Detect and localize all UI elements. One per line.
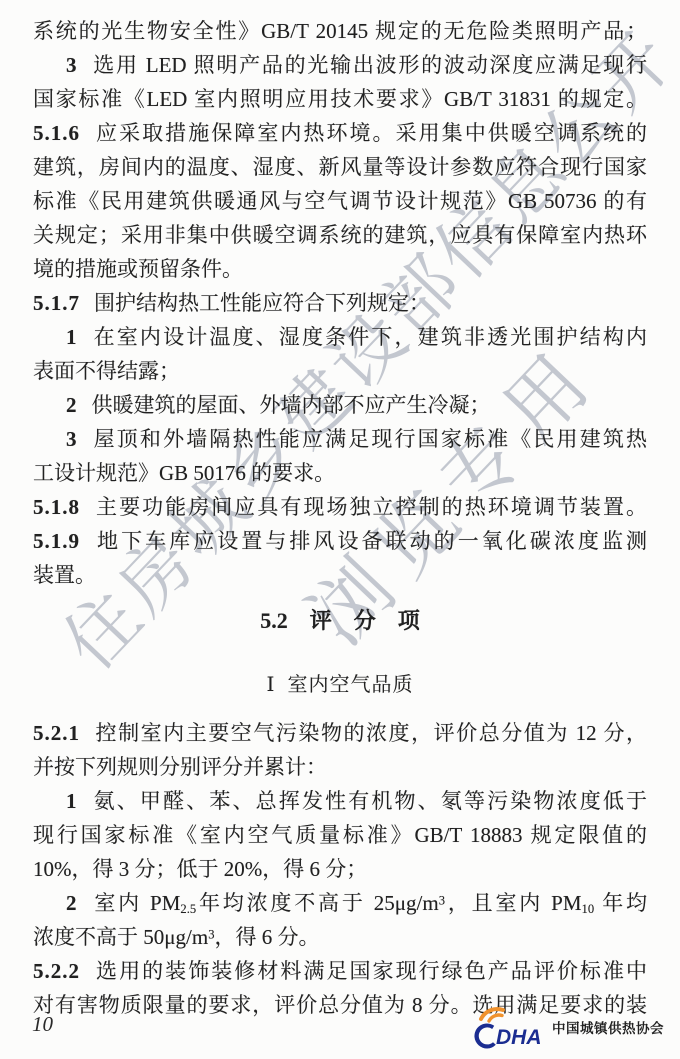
item-number: 5.2.2: [33, 959, 80, 983]
line-text: 关规定；采用非集中供暖空调系统的建筑，应具有保障室内热环: [33, 223, 647, 247]
text-line: 1在室内设计温度、湿度条件下，建筑非透光围护结构内: [33, 320, 647, 354]
line-text: 装置。: [33, 563, 96, 587]
item-number: 1: [66, 789, 78, 813]
text-line: 2室内 PM2.5年均浓度不高于 25μg/m3，且室内 PM10 年均: [33, 886, 647, 920]
text-line: 5.2.1控制室内主要空气污染物的浓度，评价总分值为 12 分，: [33, 716, 647, 750]
body-text: 系统的光生物安全性》GB/T 20145 规定的无危险类照明产品；3选用 LED…: [33, 14, 647, 1022]
text-line: 5.1.8主要功能房间应具有现场独立控制的热环境调节装置。: [33, 490, 647, 524]
text-line: 表面不得结露；: [33, 354, 647, 388]
item-number: 5.1.7: [33, 291, 80, 315]
line-text: 表面不得结露；: [33, 359, 180, 383]
item-number: 5.2.1: [33, 721, 80, 745]
item-number: 5.1.8: [33, 495, 80, 519]
text-line: 系统的光生物安全性》GB/T 20145 规定的无危险类照明产品；: [33, 14, 647, 48]
line-text: 国家标准《LED 室内照明应用技术要求》GB/T 31831 的规定。: [33, 87, 647, 111]
line-text: 选用的装饰装修材料满足国家现行绿色产品评价标准中: [94, 959, 647, 983]
subsection-heading: Ⅰ 室内空气品质: [33, 668, 647, 702]
page-number: 10: [32, 1012, 53, 1037]
text-line: 建筑，房间内的温度、湿度、新风量等设计参数应符合现行国家: [33, 150, 647, 184]
line-text: 供暖建筑的屋面、外墙内部不应产生冷凝；: [92, 393, 491, 417]
body-part-2: 5.2.1控制室内主要空气污染物的浓度，评价总分值为 12 分，并按下列规则分别…: [33, 716, 647, 1022]
text-line: 5.1.7围护结构热工性能应符合下列规定：: [33, 286, 647, 320]
text-line: 现行国家标准《室内空气质量标准》GB/T 18883 规定限值的: [33, 818, 647, 852]
logo-association-name: 中国城镇供热协会: [552, 1017, 664, 1037]
item-number: 3: [66, 427, 78, 451]
logo-abbr: DHA: [496, 1026, 542, 1049]
line-text: 应采取措施保障室内热环境。采用集中供暖空调系统的: [94, 121, 647, 145]
association-logo: DHA 中国城镇供热协会: [469, 1005, 664, 1049]
line-text: 境的措施或预留条件。: [33, 257, 243, 281]
line-text: 并按下列规则分别评分并累计：: [33, 755, 327, 779]
text-line: 10%，得 3 分；低于 20%，得 6 分；: [33, 852, 647, 886]
text-line: 并按下列规则分别评分并累计：: [33, 750, 647, 784]
text-line: 5.1.6应采取措施保障室内热环境。采用集中供暖空调系统的: [33, 116, 647, 150]
text-line: 3选用 LED 照明产品的光输出波形的波动深度应满足现行: [33, 48, 647, 82]
text-line: 3屋顶和外墙隔热性能应满足现行国家标准《民用建筑热: [33, 422, 647, 456]
line-text: 控制室内主要空气污染物的浓度，评价总分值为 12 分，: [94, 721, 647, 745]
signal-arc-inner-icon: [489, 1015, 502, 1021]
text-line: 境的措施或预留条件。: [33, 252, 647, 286]
item-number: 2: [66, 393, 78, 417]
item-number: 5.1.6: [33, 121, 80, 145]
text-line: 装置。: [33, 558, 647, 592]
item-number: 3: [66, 53, 78, 77]
line-text: 屋顶和外墙隔热性能应满足现行国家标准《民用建筑热: [92, 427, 648, 451]
body-part-1: 系统的光生物安全性》GB/T 20145 规定的无危险类照明产品；3选用 LED…: [33, 14, 647, 592]
item-number: 5.1.9: [33, 529, 80, 553]
line-text: 氨、甲醛、苯、总挥发性有机物、氡等污染物浓度低于: [92, 789, 648, 813]
line-text: 10%，得 3 分；低于 20%，得 6 分；: [33, 857, 367, 881]
text-line: 浓度不高于 50μg/m3，得 6 分。: [33, 920, 647, 954]
line-text: 在室内设计温度、湿度条件下，建筑非透光围护结构内: [92, 325, 648, 349]
text-line: 关规定；采用非集中供暖空调系统的建筑，应具有保障室内热环: [33, 218, 647, 252]
line-text: 现行国家标准《室内空气质量标准》GB/T 18883 规定限值的: [33, 823, 647, 847]
line-text: 地下车库应设置与排风设备联动的一氧化碳浓度监测: [94, 529, 647, 553]
item-number: 2: [66, 891, 78, 915]
text-line: 5.2.2选用的装饰装修材料满足国家现行绿色产品评价标准中: [33, 954, 647, 988]
line-text: 标准《民用建筑供暖通风与空气调节设计规范》GB 50736 的有: [33, 189, 647, 213]
item-number: 1: [66, 325, 78, 349]
text-line: 标准《民用建筑供暖通风与空气调节设计规范》GB 50736 的有: [33, 184, 647, 218]
text-line: 国家标准《LED 室内照明应用技术要求》GB/T 31831 的规定。: [33, 82, 647, 116]
line-text: 建筑，房间内的温度、湿度、新风量等设计参数应符合现行国家: [33, 155, 647, 179]
text-line: 工设计规范》GB 50176 的要求。: [33, 456, 647, 490]
document-page: 住房城乡建设部信息公开 浏览专用 系统的光生物安全性》GB/T 20145 规定…: [0, 0, 680, 1059]
line-text: 主要功能房间应具有现场独立控制的热环境调节装置。: [94, 495, 647, 519]
c-swoosh-icon: [474, 1023, 495, 1048]
line-text: 围护结构热工性能应符合下列规定：: [94, 291, 430, 315]
line-text: 系统的光生物安全性》GB/T 20145 规定的无危险类照明产品；: [33, 19, 647, 43]
section-heading: 5.2 评 分 项: [33, 604, 647, 638]
line-text: 选用 LED 照明产品的光输出波形的波动深度应满足现行: [92, 53, 648, 77]
text-line: 1氨、甲醛、苯、总挥发性有机物、氡等污染物浓度低于: [33, 784, 647, 818]
line-text: 室内 PM2.5年均浓度不高于 25μg/m3，且室内 PM10 年均: [92, 891, 648, 915]
text-line: 5.1.9地下车库应设置与排风设备联动的一氧化碳浓度监测: [33, 524, 647, 558]
line-text: 工设计规范》GB 50176 的要求。: [33, 461, 335, 485]
dha-logo-mark: DHA: [469, 1005, 545, 1049]
line-text: 浓度不高于 50μg/m3，得 6 分。: [33, 925, 319, 949]
text-line: 2供暖建筑的屋面、外墙内部不应产生冷凝；: [33, 388, 647, 422]
